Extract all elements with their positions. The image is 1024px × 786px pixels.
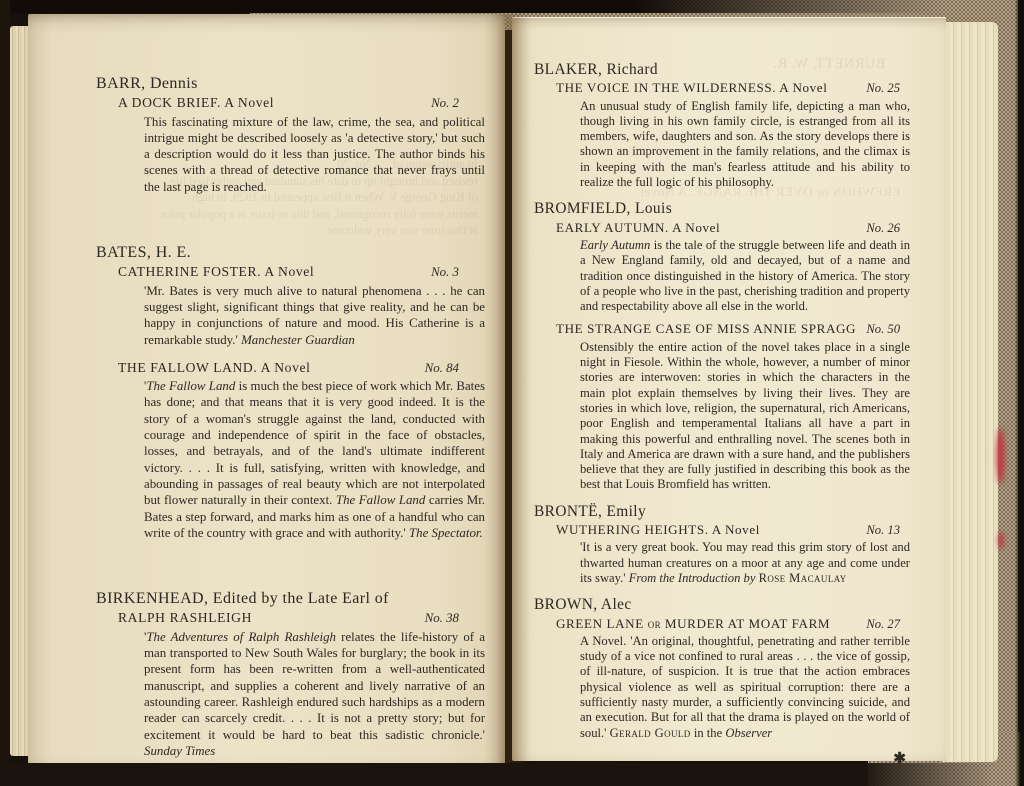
- book-description: 'Mr. Bates is very much alive to natural…: [144, 283, 485, 348]
- catalog-number: No. 27: [866, 617, 900, 632]
- text-segment: THE VOICE IN THE WILDERNESS. A Novel: [556, 80, 827, 95]
- book-title-line: EARLY AUTUMN. A NovelNo. 26: [556, 220, 910, 236]
- book-title-line: CATHERINE FOSTER. A NovelNo. 3: [118, 264, 485, 280]
- book-description: Early Autumn is the tale of the struggle…: [580, 238, 910, 314]
- catalog-number: No. 25: [866, 81, 900, 96]
- book-entry: EARLY AUTUMN. A NovelNo. 26Early Autumn …: [534, 220, 910, 315]
- text-segment: GREEN LANE: [556, 616, 648, 631]
- left-page-entries: BARR, DennisA DOCK BRIEF. A NovelNo. 2Th…: [28, 14, 505, 759]
- author-entry: BATES, H. E.CATHERINE FOSTER. A NovelNo.…: [96, 245, 485, 541]
- book-title: RALPH RASHLEIGH: [118, 610, 252, 626]
- text-segment: Ostensibly the entire action of the nove…: [580, 340, 910, 492]
- text-segment: Observer: [725, 726, 772, 740]
- book-description: 'The Fallow Land is much the best piece …: [144, 378, 485, 541]
- book-description: A Novel. 'An original, thoughtful, penet…: [580, 634, 910, 741]
- catalog-number: No. 38: [425, 610, 459, 626]
- author-entry: BIRKENHEAD, Edited by the Late Earl ofRA…: [96, 591, 485, 759]
- text-segment: The Adventures of Ralph Rashleigh: [146, 630, 336, 644]
- text-segment: CATHERINE FOSTER. A Novel: [118, 264, 314, 279]
- open-book-photo: In anticipation of . . . No. 70revised a…: [0, 0, 1024, 786]
- book-entry: WUTHERING HEIGHTS. A NovelNo. 13'It is a…: [534, 522, 910, 586]
- book-description: 'It is a very great book. You may read t…: [580, 540, 910, 586]
- catalog-number: No. 84: [425, 360, 459, 376]
- right-page: BURNETT, W. R. EREWHON or OVER THE RANGE…: [512, 17, 946, 761]
- book-title: WUTHERING HEIGHTS. A Novel: [556, 522, 760, 537]
- book-title: THE FALLOW LAND. A Novel: [118, 360, 311, 376]
- text-segment: MURDER AT MOAT FARM: [661, 616, 830, 631]
- book-entry: GREEN LANE or MURDER AT MOAT FARMNo. 27A…: [534, 616, 910, 741]
- book-title-line: A DOCK BRIEF. A NovelNo. 2: [118, 95, 485, 111]
- author-entry: BLAKER, RichardTHE VOICE IN THE WILDERNE…: [534, 62, 910, 190]
- book-title: A DOCK BRIEF. A Novel: [118, 95, 274, 111]
- book-gutter-shadow: [484, 14, 530, 764]
- text-segment: The Spectator.: [409, 526, 483, 540]
- catalog-number: No. 3: [431, 264, 459, 280]
- text-segment: RALPH RASHLEIGH: [118, 610, 252, 625]
- book-entry: THE FALLOW LAND. A NovelNo. 84'The Fallo…: [96, 360, 485, 541]
- text-segment: or: [648, 616, 661, 631]
- book-title: THE VOICE IN THE WILDERNESS. A Novel: [556, 80, 827, 95]
- author-heading: BLAKER, Richard: [534, 62, 910, 77]
- page-stack-right: [942, 22, 998, 762]
- cover-edge-left: [0, 0, 10, 786]
- text-segment: Sunday Times: [144, 744, 215, 758]
- text-segment: relates the life-history of a man transp…: [144, 630, 485, 742]
- text-segment: A DOCK BRIEF. A Novel: [118, 95, 274, 110]
- text-segment: WUTHERING HEIGHTS. A Novel: [556, 522, 760, 537]
- author-heading: BRONTË, Emily: [534, 504, 910, 519]
- book-entry: THE VOICE IN THE WILDERNESS. A NovelNo. …: [534, 80, 910, 190]
- author-heading: BROMFIELD, Louis: [534, 201, 910, 216]
- book-title: THE STRANGE CASE OF MISS ANNIE SPRAGG: [556, 321, 856, 336]
- catalog-number: No. 13: [866, 523, 900, 538]
- cover-board-edge-right: [1015, 0, 1024, 786]
- text-segment: THE STRANGE CASE OF MISS ANNIE SPRAGG: [556, 321, 856, 336]
- text-segment: Early Autumn: [580, 238, 650, 252]
- author-heading: BARR, Dennis: [96, 76, 485, 92]
- text-segment: An unusual study of English family life,…: [580, 99, 910, 189]
- text-segment: From the Introduction by: [629, 571, 756, 585]
- book-title-line: WUTHERING HEIGHTS. A NovelNo. 13: [556, 522, 910, 538]
- red-ink-smudge-small: [998, 532, 1004, 549]
- book-entry: THE STRANGE CASE OF MISS ANNIE SPRAGGNo.…: [534, 321, 910, 492]
- book-entry: CATHERINE FOSTER. A NovelNo. 3'Mr. Bates…: [96, 264, 485, 347]
- text-segment: The Fallow Land: [146, 379, 235, 393]
- book-entry: RALPH RASHLEIGHNo. 38'The Adventures of …: [96, 610, 485, 759]
- author-heading: BIRKENHEAD, Edited by the Late Earl of: [96, 591, 485, 607]
- author-heading: BROWN, Alec: [534, 597, 910, 612]
- author-entry: BROMFIELD, LouisEARLY AUTUMN. A NovelNo.…: [534, 201, 910, 492]
- book-title: EARLY AUTUMN. A Novel: [556, 220, 720, 235]
- text-segment: This fascinating mixture of the law, cri…: [144, 115, 485, 194]
- text-segment: in the: [691, 726, 726, 740]
- catalog-number: No. 2: [431, 95, 459, 111]
- text-segment: is much the best piece of work which Mr.…: [144, 379, 485, 507]
- book-description: 'The Adventures of Ralph Rashleigh relat…: [144, 629, 485, 759]
- catalog-number: No. 26: [866, 221, 900, 236]
- text-segment: THE FALLOW LAND. A Novel: [118, 360, 311, 375]
- book-description: Ostensibly the entire action of the nove…: [580, 340, 910, 493]
- book-title-line: RALPH RASHLEIGHNo. 38: [118, 610, 485, 626]
- book-description: An unusual study of English family life,…: [580, 99, 910, 191]
- cover-shadow-top: [0, 0, 1024, 13]
- text-segment: Rose Macaulay: [759, 571, 847, 585]
- cover-shadow-bottom: [0, 763, 1024, 786]
- text-segment: EARLY AUTUMN. A Novel: [556, 220, 720, 235]
- author-entry: BROWN, AlecGREEN LANE or MURDER AT MOAT …: [534, 597, 910, 741]
- left-page: In anticipation of . . . No. 70revised a…: [28, 14, 505, 764]
- right-page-entries: BLAKER, RichardTHE VOICE IN THE WILDERNE…: [512, 18, 946, 741]
- text-segment: Manchester Guardian: [241, 333, 355, 347]
- book-title: GREEN LANE or MURDER AT MOAT FARM: [556, 616, 830, 631]
- book-title-line: GREEN LANE or MURDER AT MOAT FARMNo. 27: [556, 616, 910, 632]
- page-stack-left: [10, 26, 30, 756]
- author-heading: BATES, H. E.: [96, 245, 485, 261]
- book-title-line: THE FALLOW LAND. A NovelNo. 84: [118, 360, 485, 376]
- catalog-number: No. 50: [866, 322, 900, 337]
- author-entry: BRONTË, EmilyWUTHERING HEIGHTS. A NovelN…: [534, 504, 910, 586]
- text-segment: The Fallow Land: [336, 493, 425, 507]
- red-ink-smudge: [996, 428, 1005, 484]
- text-segment: A Novel. 'An original, thoughtful, penet…: [580, 634, 910, 740]
- book-entry: A DOCK BRIEF. A NovelNo. 2This fascinati…: [96, 95, 485, 195]
- book-title-line: THE VOICE IN THE WILDERNESS. A NovelNo. …: [556, 80, 910, 96]
- book-title-line: THE STRANGE CASE OF MISS ANNIE SPRAGGNo.…: [556, 321, 910, 337]
- author-entry: BARR, DennisA DOCK BRIEF. A NovelNo. 2Th…: [96, 76, 485, 195]
- book-title: CATHERINE FOSTER. A Novel: [118, 264, 314, 280]
- text-segment: Gerald Gould: [610, 726, 691, 740]
- book-description: This fascinating mixture of the law, cri…: [144, 114, 485, 195]
